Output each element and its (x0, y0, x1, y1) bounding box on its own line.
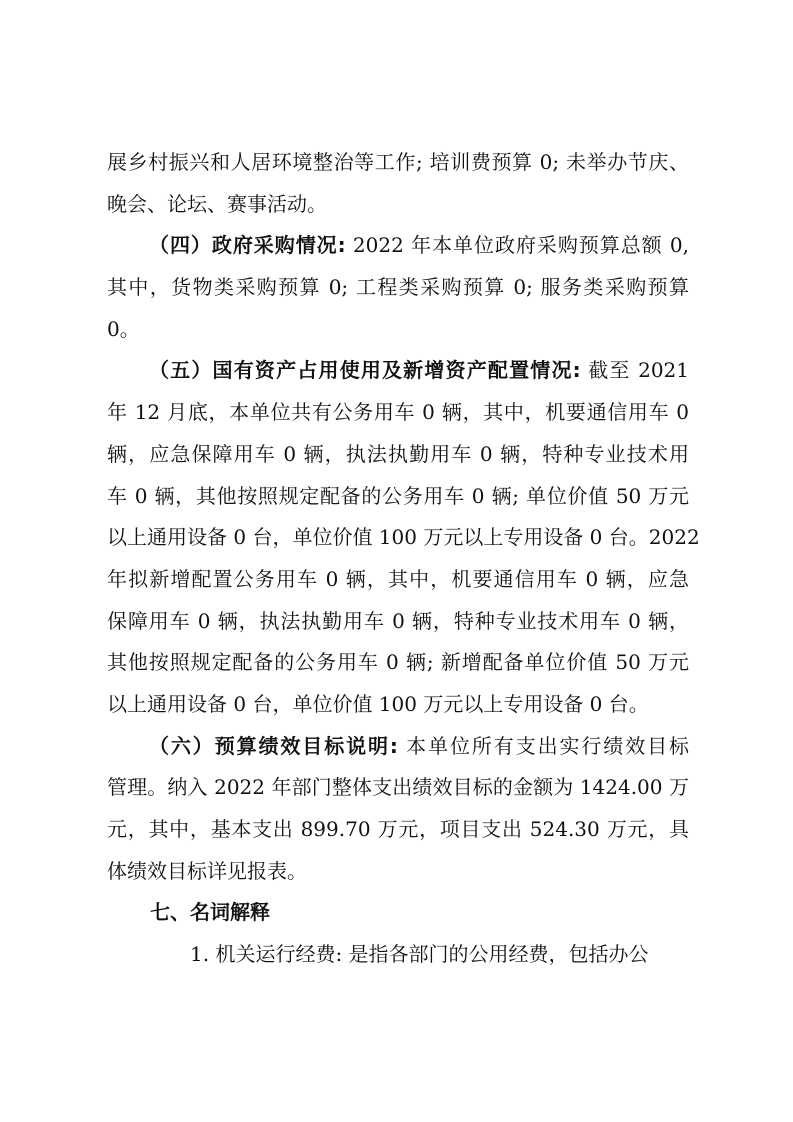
paragraph-line: 以上通用设备 0 台，单位价值 100 万元以上专用设备 0 台。2022 (107, 517, 689, 559)
paragraph-line: 其他按照规定配备的公务用车 0 辆; 新增配备单位价值 50 万元 (107, 642, 689, 684)
section-4-first-line: （四）政府采购情况: 2022 年本单位政府采购预算总额 0, (107, 225, 689, 267)
paragraph-line: 辆，应急保障用车 0 辆，执法执勤用车 0 辆，特种专业技术用 (107, 434, 689, 476)
section-4-title: （四）政府采购情况: (149, 233, 346, 257)
paragraph-line: 晚会、论坛、赛事活动。 (107, 184, 689, 226)
paragraph-line: 管理。纳入 2022 年部门整体支出绩效目标的金额为 1424.00 万 (107, 767, 689, 809)
paragraph-line: 体绩效目标详见报表。 (107, 851, 689, 893)
definition-item: 1. 机关运行经费: 是指各部门的公用经费，包括办公 (107, 934, 689, 976)
section-4-text: 2022 年本单位政府采购预算总额 0, (346, 233, 689, 257)
paragraph-line: 年 12 月底，本单位共有公务用车 0 辆，其中，机要通信用车 0 (107, 392, 689, 434)
section-6-title: （六）预算绩效目标说明: (149, 734, 398, 758)
paragraph-line: 0。 (107, 309, 689, 351)
section-5-title: （五）国有资产占用使用及新增资产配置情况: (149, 358, 581, 382)
section-7-heading: 七、名词解释 (107, 892, 689, 934)
document-page: 展乡村振兴和人居环境整治等工作; 培训费预算 0; 未举办节庆、 晚会、论坛、赛… (107, 142, 689, 976)
paragraph-line: 元，其中，基本支出 899.70 万元，项目支出 524.30 万元，具 (107, 809, 689, 851)
section-6-text: 本单位所有支出实行绩效目标 (398, 734, 689, 758)
paragraph-line: 以上通用设备 0 台，单位价值 100 万元以上专用设备 0 台。 (107, 684, 689, 726)
section-5-text: 截至 2021 (581, 358, 689, 382)
paragraph-line: 展乡村振兴和人居环境整治等工作; 培训费预算 0; 未举办节庆、 (107, 142, 689, 184)
section-6-first-line: （六）预算绩效目标说明: 本单位所有支出实行绩效目标 (107, 726, 689, 768)
paragraph-line: 其中，货物类采购预算 0; 工程类采购预算 0; 服务类采购预算 (107, 267, 689, 309)
paragraph-line: 年拟新增配置公务用车 0 辆，其中，机要通信用车 0 辆，应急 (107, 559, 689, 601)
section-5-first-line: （五）国有资产占用使用及新增资产配置情况: 截至 2021 (107, 350, 689, 392)
paragraph-line: 保障用车 0 辆，执法执勤用车 0 辆，特种专业技术用车 0 辆， (107, 601, 689, 643)
paragraph-line: 车 0 辆，其他按照规定配备的公务用车 0 辆; 单位价值 50 万元 (107, 476, 689, 518)
